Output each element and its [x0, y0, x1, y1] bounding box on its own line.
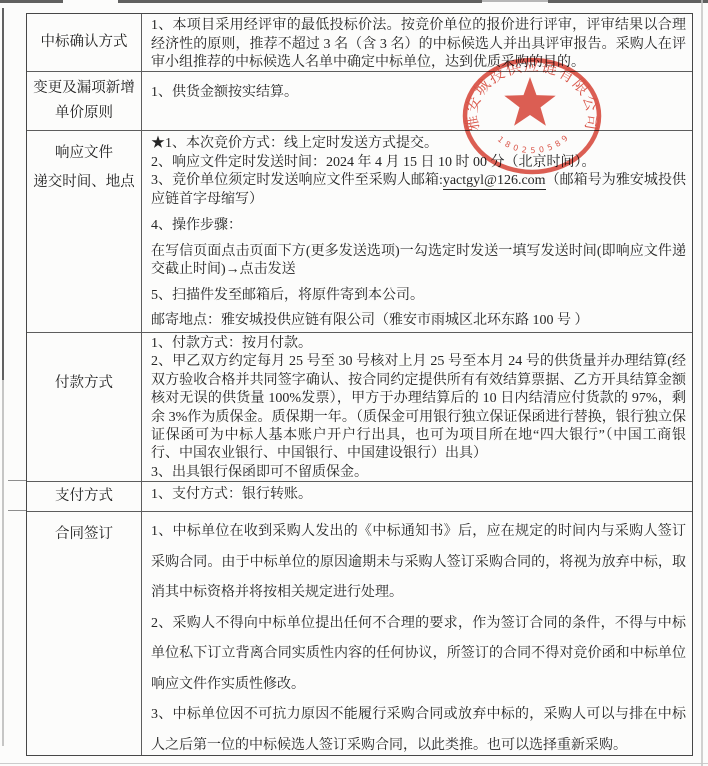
paragraph: 邮寄地点：雅安城投供应链有限公司（雅安市雨城区北环东路 100 号 ） [151, 312, 686, 331]
paragraph: 3、中标单位因不可抗力原因不能履行采购合同或放弃中标的，采购人可以与排在中标人之… [151, 700, 686, 755]
row-content-response-doc-submission: ★1、本次竞价方式：线上定时发送方式提交。 2、响应文件定时发送时间：2024 … [142, 131, 692, 333]
terms-table: 中标确认方式 1、本项目采用经评审的最低投标价法。按竞价单位的报价进行评审，评审… [26, 13, 693, 756]
paragraph: 3、出具银行保函即可不留质保金。 [151, 464, 686, 482]
paragraph: ★1、本次竞价方式：线上定时发送方式提交。 [151, 135, 686, 154]
row-label-payment-method: 付款方式 [27, 333, 142, 482]
scan-artifact-right-edge [701, 0, 703, 766]
scan-artifact-line-stub [8, 480, 26, 481]
row-content-payment-method: 1、付款方式：按月付款。 2、甲乙双方约定每月 25 号至 30 号核对上月 2… [142, 333, 692, 482]
scan-artifact-top-edge [482, 0, 548, 2]
paragraph: 2、采购人不得向中标单位提出任何不合理的要求，作为签订合同的条件，不得与中标单位… [151, 609, 686, 701]
row-label-text: 变更及漏项新增 [33, 76, 135, 101]
scan-artifact-line-stub [8, 510, 26, 511]
scan-artifact-left-edge [2, 8, 4, 380]
scanned-procurement-document: { "colors":{ "seal_red":"#d6382a", "tabl… [0, 0, 708, 766]
row-label-change-omission-unit-price: 变更及漏项新增 单价原则 [27, 72, 142, 131]
row-label-text: 单价原则 [55, 101, 113, 126]
email-address: yactgyl@126.com [443, 173, 546, 190]
paragraph: 2、甲乙双方约定每月 25 号至 30 号核对上月 25 号至本月 24 号的供… [151, 353, 686, 463]
email-prefix-text: 3、竞价单位须定时发送响应文件至采购人邮箱: [151, 173, 443, 188]
row-label-payment-transfer: 支付方式 [27, 482, 142, 512]
scan-artifact-top-edge [0, 0, 63, 3]
row-label-text: 付款方式 [55, 371, 113, 396]
paragraph: 5、扫描件发至邮箱后，将原件寄到本公司。 [151, 287, 686, 306]
paragraph: 在写信页面点击页面下方(更多发送选项)一勾选定时发送一填写发送时间(即响应文件递… [151, 243, 686, 280]
row-content-payment-transfer: 1、支付方式：银行转账。 [142, 482, 692, 512]
paragraph-with-email: 3、竞价单位须定时发送响应文件至采购人邮箱:yactgyl@126.com（邮箱… [151, 172, 686, 209]
scan-artifact-bottom-edge [0, 763, 708, 764]
row-label-award-confirmation: 中标确认方式 [27, 14, 142, 72]
row-label-contract-signing: 合同签订 [27, 512, 142, 755]
row-content-change-omission-unit-price: 1、供货金额按实结算。 [142, 72, 692, 131]
row-label-response-doc-submission: 响应文件 递交时间、地点 [27, 131, 142, 333]
paragraph: 4、操作步骤： [151, 217, 686, 236]
paragraph: 1、本项目采用经评审的最低投标价法。按竞价单位的报价进行评审，评审结果以合理经济… [151, 17, 686, 72]
scan-artifact-top-edge [548, 0, 708, 3]
scan-artifact-top-edge [118, 0, 482, 3]
row-label-text: 合同签订 [55, 522, 113, 547]
paragraph: 2、响应文件定时发送时间：2024 年 4 月 15 日 10 时 00 分（北… [151, 154, 686, 173]
row-label-text: 递交时间、地点 [33, 168, 135, 197]
row-label-text: 响应文件 [55, 139, 113, 168]
row-label-text: 中标确认方式 [41, 30, 128, 55]
row-content-award-confirmation: 1、本项目采用经评审的最低投标价法。按竞价单位的报价进行评审，评审结果以合理经济… [142, 14, 692, 72]
scan-artifact-left-edge [2, 380, 4, 746]
row-content-contract-signing: 1、中标单位在收到采购人发出的《中标通知书》后，应在规定的时间内与采购人签订采购… [142, 512, 692, 755]
paragraph: 1、支付方式：银行转账。 [151, 486, 686, 505]
paragraph: 1、供货金额按实结算。 [151, 84, 686, 103]
paragraph: 1、付款方式：按月付款。 [151, 335, 686, 353]
row-label-text: 支付方式 [55, 484, 113, 509]
paragraph: 1、中标单位在收到采购人发出的《中标通知书》后，应在规定的时间内与采购人签订采购… [151, 517, 686, 609]
